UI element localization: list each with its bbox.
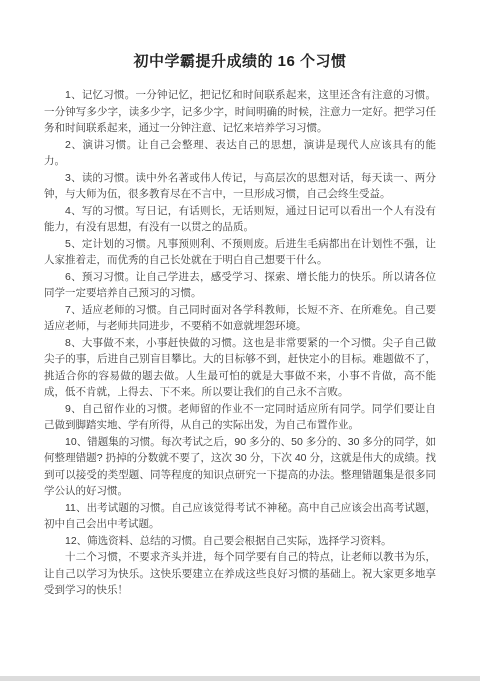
paragraph-habit-11: 11、出考试题的习惯。自己应该觉得考试不神秘。高中自己应该会出高考试题，初中自己…	[44, 500, 436, 533]
paragraph-habit-7: 7、适应老师的习惯。自己同时面对各学科教师，长短不齐、在所难免。自己要适应老师，…	[44, 302, 436, 335]
paragraph-habit-5: 5、定计划的习惯。凡事预则利、不预则废。后进生毛病都出在计划性不强，让人家推着走…	[44, 236, 436, 269]
paragraph-habit-6: 6、预习习惯。让自己学进去，感受学习、探索、增长能力的快乐。所以请各位同学一定要…	[44, 269, 436, 302]
paragraph-habit-10: 10、错题集的习惯。每次考试之后，90 多分的、50 多分的、30 多分的同学，…	[44, 434, 436, 500]
page-bottom-edge	[0, 676, 480, 681]
paragraph-habit-4: 4、写的习惯。写日记，有话则长，无话则短，通过日记可以看出一个人有没有能力，有没…	[44, 203, 436, 236]
paragraph-habit-3: 3、读的习惯。读中外名著或伟人传记，与高层次的思想对话，每天读一、两分钟，与大师…	[44, 170, 436, 203]
paragraph-habit-12: 12、筛选资料、总结的习惯。自己要会根据自己实际，选择学习资料。	[44, 533, 436, 550]
document-title: 初中学霸提升成绩的 16 个习惯	[44, 52, 436, 72]
paragraph-habit-8: 8、大事做不来，小事赶快做的习惯。这也是非常要紧的一个习惯。尖子自己做尖子的事，…	[44, 335, 436, 401]
paragraph-closing: 十二个习惯，不要求齐头并进，每个同学要有自己的特点，让老师以教书为乐，让自己以学…	[44, 549, 436, 599]
paragraph-habit-2: 2、演讲习惯。让自己会整理、表达自己的思想，演讲是现代人应该具有的能力。	[44, 137, 436, 170]
document-body: 1、记忆习惯。一分钟记忆，把记忆和时间联系起来，这里还含有注意的习惯。一分钟写多…	[44, 87, 436, 599]
paragraph-habit-1: 1、记忆习惯。一分钟记忆，把记忆和时间联系起来，这里还含有注意的习惯。一分钟写多…	[44, 87, 436, 137]
document-page: 初中学霸提升成绩的 16 个习惯 1、记忆习惯。一分钟记忆，把记忆和时间联系起来…	[0, 0, 480, 676]
paragraph-habit-9: 9、自己留作业的习惯。老师留的作业不一定同时适应所有同学。同学们要让自己做到脚踏…	[44, 401, 436, 434]
